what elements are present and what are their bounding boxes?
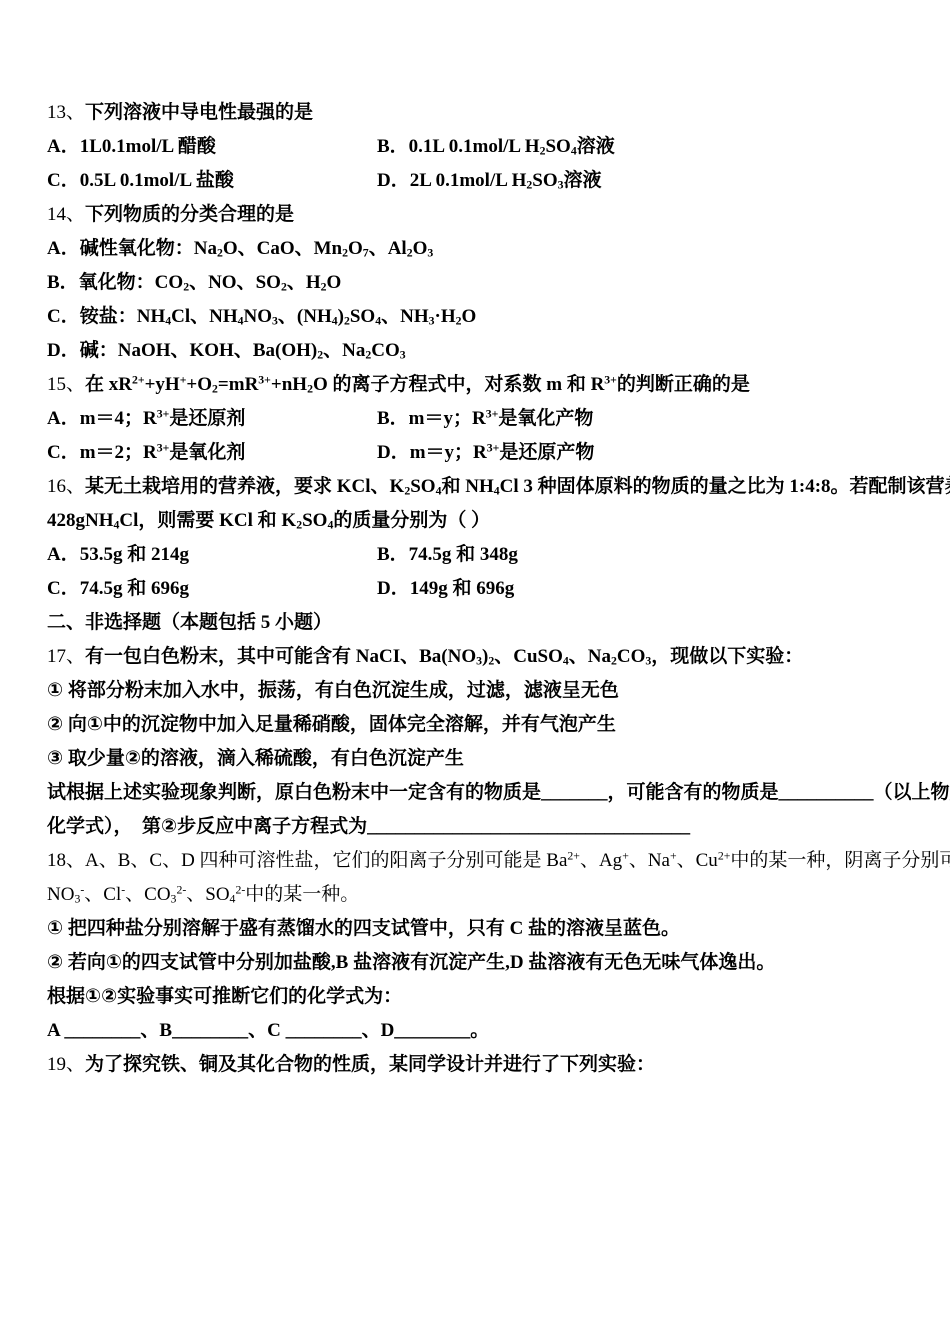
question-17-stem: 17、有一包白色粉末，其中可能含有 NaCI、Ba(NO3)2、CuSO4、Na… bbox=[47, 640, 910, 674]
question-17-step-1: ① 将部分粉末加入水中，振荡，有白色沉淀生成，过滤，滤液呈无色 bbox=[47, 674, 910, 708]
question-17-step-2: ② 向①中的沉淀物中加入足量稀硝酸，固体完全溶解，并有气泡产生 bbox=[47, 708, 910, 742]
question-13-option-c: C．0.5L 0.1mol/L 盐酸 bbox=[47, 164, 377, 198]
question-15-option-d: D．m＝y；R3+是还原产物 bbox=[377, 442, 594, 463]
question-14-option-d: D．碱：NaOH、KOH、Ba(OH)2、Na2CO3 bbox=[47, 334, 910, 368]
question-13-options-ab: A．1L0.1mol/L 醋酸B．0.1L 0.1mol/L H2SO4溶液 bbox=[47, 130, 910, 164]
question-13-option-d: D．2L 0.1mol/L H2SO3溶液 bbox=[377, 170, 602, 191]
question-18-conclusion: 根据①②实验事实可推断它们的化学式为： bbox=[47, 980, 910, 1014]
question-16-option-c: C．74.5g 和 696g bbox=[47, 572, 377, 606]
question-18-stem-line-2: NO3-、Cl-、CO32-、SO42-中的某一种。 bbox=[47, 878, 910, 912]
question-16-option-d: D．149g 和 696g bbox=[377, 578, 514, 599]
question-14-option-a: A．碱性氧化物：Na2O、CaO、Mn2O7、Al2O3 bbox=[47, 232, 910, 266]
exam-document-page: 13、下列溶液中导电性最强的是 A．1L0.1mol/L 醋酸B．0.1L 0.… bbox=[0, 0, 950, 1344]
question-16-options-ab: A．53.5g 和 214gB．74.5g 和 348g bbox=[47, 538, 910, 572]
question-15-options-ab: A．m＝4；R3+是还原剂B．m＝y；R3+是氧化产物 bbox=[47, 402, 910, 436]
question-13-stem: 13、下列溶液中导电性最强的是 bbox=[47, 96, 910, 130]
question-15-stem: 15、在 xR2++yH++O2=mR3++nH2O 的离子方程式中，对系数 m… bbox=[47, 368, 910, 402]
question-13-option-b: B．0.1L 0.1mol/L H2SO4溶液 bbox=[377, 136, 615, 157]
question-18-step-1: ① 把四种盐分别溶解于盛有蒸馏水的四支试管中，只有 C 盐的溶液呈蓝色。 bbox=[47, 912, 910, 946]
section-2-header: 二、非选择题（本题包括 5 小题） bbox=[47, 606, 910, 640]
question-17-step-3: ③ 取少量②的溶液，滴入稀硫酸，有白色沉淀产生 bbox=[47, 742, 910, 776]
question-16-options-cd: C．74.5g 和 696gD．149g 和 696g bbox=[47, 572, 910, 606]
question-19-stem: 19、为了探究铁、铜及其化合物的性质，某同学设计并进行了下列实验： bbox=[47, 1048, 910, 1082]
question-14-stem: 14、下列物质的分类合理的是 bbox=[47, 198, 910, 232]
question-16-stem-line-2: 428gNH4Cl，则需要 KCl 和 K2SO4的质量分别为（ ） bbox=[47, 504, 910, 538]
question-18-stem-line-1: 18、A、B、C、D 四种可溶性盐，它们的阳离子分别可能是 Ba2+、Ag+、N… bbox=[47, 844, 910, 878]
question-16-stem-line-1: 16、某无土栽培用的营养液，要求 KCl、K2SO4和 NH4Cl 3 种固体原… bbox=[47, 470, 910, 504]
question-13-options-cd: C．0.5L 0.1mol/L 盐酸D．2L 0.1mol/L H2SO3溶液 bbox=[47, 164, 910, 198]
question-18-step-2: ② 若向①的四支试管中分别加盐酸,B 盐溶液有沉淀产生,D 盐溶液有无色无味气体… bbox=[47, 946, 910, 980]
question-13-option-a: A．1L0.1mol/L 醋酸 bbox=[47, 130, 377, 164]
question-18-answer-blanks: A ________、B________、C ________、D_______… bbox=[47, 1014, 910, 1048]
question-15-option-a: A．m＝4；R3+是还原剂 bbox=[47, 402, 377, 436]
question-15-option-b: B．m＝y；R3+是氧化产物 bbox=[377, 408, 593, 429]
question-15-option-c: C．m＝2；R3+是氧化剂 bbox=[47, 436, 377, 470]
question-17-blank-line-2: 化学式）， 第②步反应中离子方程式为______________________… bbox=[47, 810, 910, 844]
question-14-option-b: B．氧化物：CO2、NO、SO2、H2O bbox=[47, 266, 910, 300]
question-14-option-c: C．铵盐：NH4Cl、NH4NO3、(NH4)2SO4、NH3·H2O bbox=[47, 300, 910, 334]
question-16-option-b: B．74.5g 和 348g bbox=[377, 544, 518, 565]
question-16-option-a: A．53.5g 和 214g bbox=[47, 538, 377, 572]
question-17-blank-line-1: 试根据上述实验现象判断，原白色粉末中一定含有的物质是_______，可能含有的物… bbox=[47, 776, 910, 810]
question-15-options-cd: C．m＝2；R3+是氧化剂D．m＝y；R3+是还原产物 bbox=[47, 436, 910, 470]
